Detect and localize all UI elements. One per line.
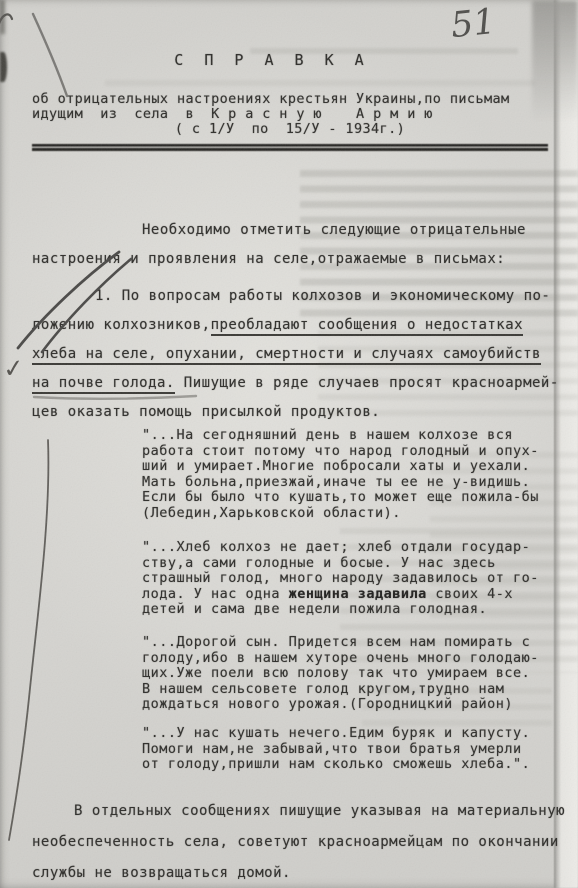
text-line: детей и сама две недели пожила голодная. bbox=[142, 602, 554, 618]
text-segment: об отрицательных настроениях крестьян Ук… bbox=[32, 91, 510, 107]
margin-vertical-line bbox=[9, 440, 48, 840]
text-line: (Лебедин,Харьковской области). bbox=[142, 506, 554, 522]
text-line: необеспеченность села, советуют красноар… bbox=[32, 827, 578, 858]
text-segment: детей и сама две недели пожила голодная. bbox=[142, 601, 487, 617]
text-segment: работа стоит потому что народ голодный и… bbox=[142, 443, 539, 459]
text-segment: Необходимо отметить следующие отрицатель… bbox=[142, 222, 526, 238]
text-line: В отдельных сообщениях пишущие указывая … bbox=[32, 796, 578, 827]
page-right-edge bbox=[554, 0, 578, 888]
text-segment: от голоду,пришли нам сколько сможешь хле… bbox=[142, 756, 530, 772]
text-segment: страшный голод, много народу задавилось … bbox=[142, 570, 539, 586]
text-segment: "...Хлеб колхоз не дает; хлеб отдали гос… bbox=[142, 539, 530, 555]
text-line: об отрицательных настроениях крестьян Ук… bbox=[32, 92, 548, 107]
header-divider-rule bbox=[32, 144, 548, 151]
text-segment: настроения и проявления на селе,отражаем… bbox=[32, 251, 505, 267]
text-line: хлеба на селе, опухании, смертности и сл… bbox=[32, 340, 552, 369]
text-segment: В отдельных сообщениях пишущие указывая … bbox=[74, 803, 565, 819]
text-line: цев оказать помощь присылкой продуктов. bbox=[32, 398, 552, 427]
quote-block-1: "...На сегодняшний день в нашем колхозе … bbox=[142, 428, 554, 522]
text-segment: дождаться нового урожая.(Городницкий рай… bbox=[142, 696, 513, 712]
text-segment: 1. По вопросам работы колхозов и экономи… bbox=[95, 288, 550, 304]
text-line: идущим из села в К р а с н у ю А р м и ю bbox=[32, 107, 548, 122]
text-segment: В нашем сельсовете голод кругом,трудно н… bbox=[142, 681, 504, 697]
text-line: "...Хлеб колхоз не дает; хлеб отдали гос… bbox=[142, 540, 554, 556]
text-line: Помоги нам,не забывай,что твои братья ум… bbox=[142, 742, 554, 758]
text-line: ( с 1/У по 15/У - 1934г.) bbox=[32, 122, 548, 137]
text-line: ству,а сами голодные и босые. У нас здес… bbox=[142, 556, 554, 572]
text-line: ший и умирает.Многие побросали хаты и уе… bbox=[142, 459, 554, 475]
quote-block-2: "...Хлеб колхоз не дает; хлеб отдали гос… bbox=[142, 540, 554, 618]
text-segment: голоду,ибо в нашем хуторе очень много го… bbox=[142, 650, 539, 666]
paragraph-1: 1. По вопросам работы колхозов и экономи… bbox=[32, 282, 552, 427]
text-segment: "...Дорогой сын. Придется всем нам помир… bbox=[142, 634, 530, 650]
text-line: ложению колхозников,преобладают сообщени… bbox=[32, 311, 552, 340]
text-line: щих.Уже поели всю полову так что умираем… bbox=[142, 666, 554, 682]
text-line: дождаться нового урожая.(Городницкий рай… bbox=[142, 697, 554, 713]
document-subtitle: об отрицательных настроениях крестьян Ук… bbox=[32, 92, 548, 137]
text-segment: Пишущие в ряде случаев просят красноарме… bbox=[175, 375, 559, 391]
text-line: "...У нас кушать нечего.Едим буряк и кап… bbox=[142, 726, 554, 742]
text-segment: ству,а сами голодные и босые. У нас здес… bbox=[142, 555, 496, 571]
underlined-text: преобладают сообщения о недостатках bbox=[211, 317, 524, 336]
handwritten-page-number: 51 bbox=[449, 2, 497, 46]
text-line: службы не возвращаться домой. bbox=[32, 858, 578, 888]
text-line: "...Дорогой сын. Придется всем нам помир… bbox=[142, 635, 554, 651]
text-line: "...На сегодняшний день в нашем колхозе … bbox=[142, 428, 554, 444]
text-segment: службы не возвращаться домой. bbox=[32, 865, 291, 881]
scan-mark-left-edge-top bbox=[0, 0, 5, 34]
text-segment: лода. У нас одна bbox=[142, 586, 289, 602]
document-page: 51 С П Р А В К А об отрицательных настро… bbox=[0, 0, 578, 888]
closing-paragraph: В отдельных сообщениях пишущие указывая … bbox=[32, 796, 578, 888]
text-segment: щих.Уже поели всю полову так что умираем… bbox=[142, 665, 530, 681]
underlined-text: хлеба на селе, опухании, смертности и сл… bbox=[32, 346, 541, 365]
document-title: С П Р А В К А bbox=[0, 51, 544, 69]
intro-paragraph: Необходимо отметить следующие отрицатель… bbox=[32, 216, 548, 274]
text-segment: ший и умирает.Многие побросали хаты и уе… bbox=[142, 458, 530, 474]
text-line: страшный голод, много народу задавилось … bbox=[142, 571, 554, 587]
text-segment: "...У нас кушать нечего.Едим буряк и кап… bbox=[142, 725, 530, 741]
text-segment: Мать больна,приезжай,иначе ты ее не у-ви… bbox=[142, 474, 530, 490]
text-segment: (Лебедин,Харьковской области). bbox=[142, 505, 401, 521]
text-line: голоду,ибо в нашем хуторе очень много го… bbox=[142, 651, 554, 667]
quote-block-4: "...У нас кушать нечего.Едим буряк и кап… bbox=[142, 726, 554, 773]
text-segment: цев оказать помощь присылкой продуктов. bbox=[32, 404, 380, 420]
text-segment: ложению колхозников, bbox=[32, 317, 211, 333]
text-segment: "...На сегодняшний день в нашем колхозе … bbox=[142, 427, 513, 443]
text-line: от голоду,пришли нам сколько сможешь хле… bbox=[142, 757, 554, 773]
underlined-text: на почве голода. bbox=[32, 375, 175, 394]
text-segment: Помоги нам,не забывай,что твои братья ум… bbox=[142, 741, 522, 757]
text-segment: идущим из села в К р а с н у ю А р м и ю bbox=[32, 106, 433, 122]
text-line: 1. По вопросам работы колхозов и экономи… bbox=[32, 282, 552, 311]
text-segment: Если бы было что кушать,то может еще пож… bbox=[142, 489, 539, 505]
text-line: на почве голода. Пишущие в ряде случаев … bbox=[32, 369, 552, 398]
text-segment: необеспеченность села, советуют красноар… bbox=[32, 834, 559, 850]
text-segment: своих 4-х bbox=[427, 586, 513, 602]
text-line: работа стоит потому что народ голодный и… bbox=[142, 444, 554, 460]
text-line: Необходимо отметить следующие отрицатель… bbox=[32, 216, 548, 245]
margin-checkmark-icon: ✓ bbox=[2, 353, 26, 384]
text-line: Если бы было что кушать,то может еще пож… bbox=[142, 490, 554, 506]
quote-block-3: "...Дорогой сын. Придется всем нам помир… bbox=[142, 635, 554, 713]
emphasized-text: женщина задавила bbox=[289, 586, 427, 602]
text-line: настроения и проявления на селе,отражаем… bbox=[32, 245, 548, 274]
text-segment: ( с 1/У по 15/У - 1934г.) bbox=[175, 121, 405, 137]
